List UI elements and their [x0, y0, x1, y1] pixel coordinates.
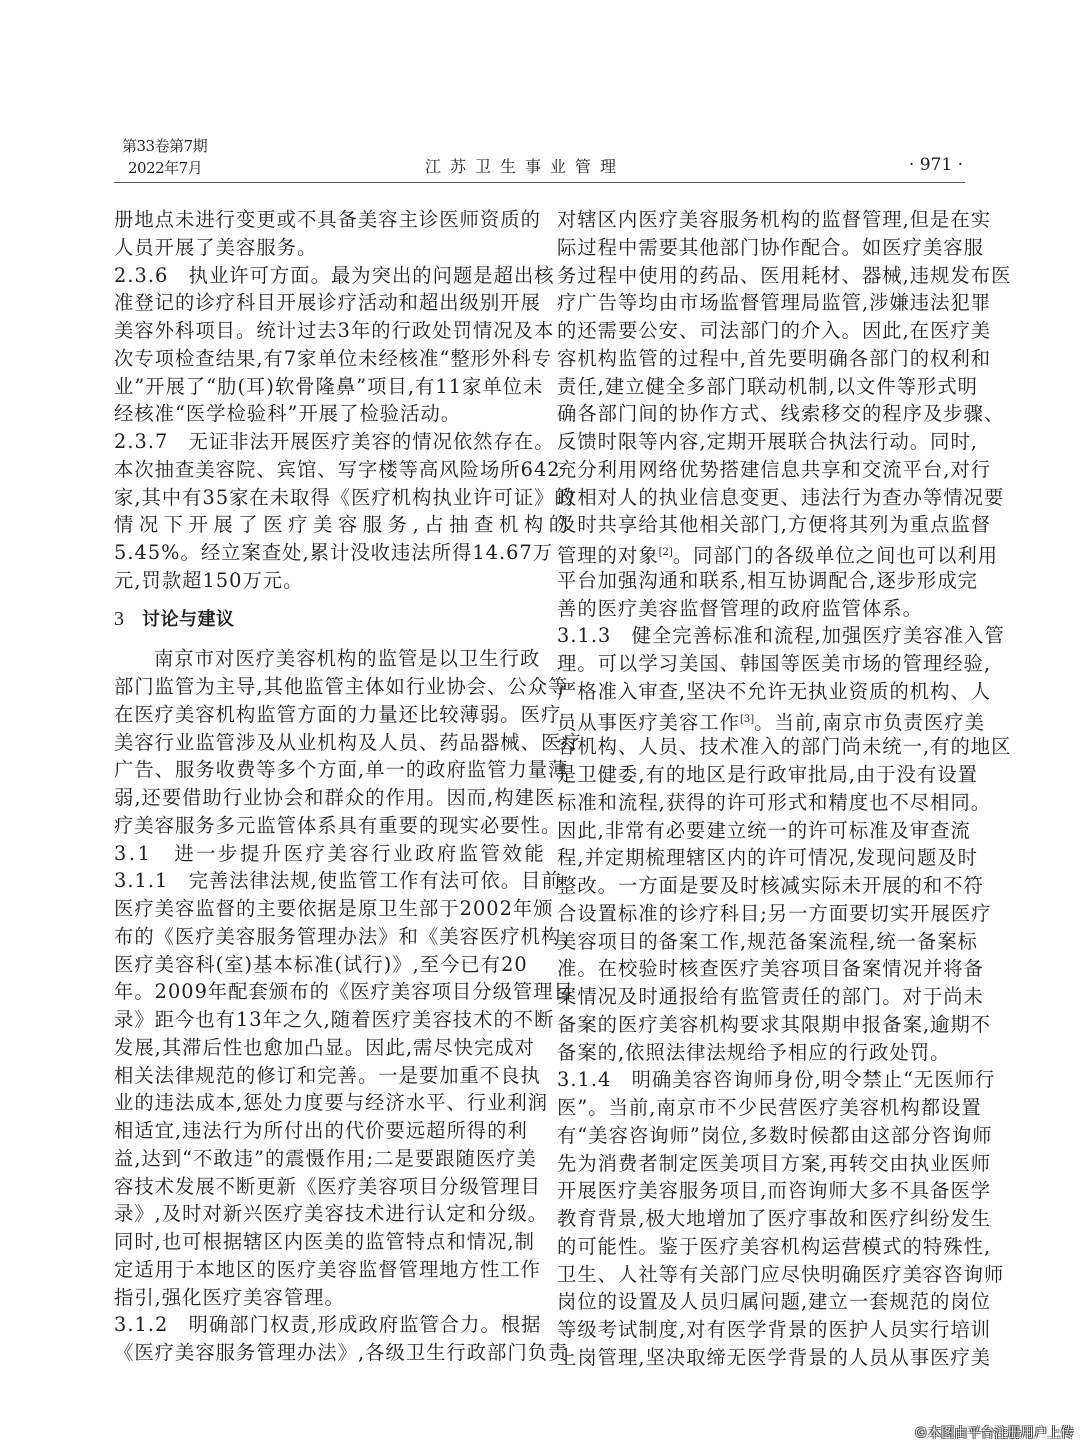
- text-line: 业”开展了“肋(耳)软骨隆鼻”项目,有11家单位未: [114, 373, 524, 401]
- text-line: 年。2009年配套颁布的《医疗美容项目分级管理目: [114, 978, 524, 1006]
- citation-marker: [2]: [659, 547, 673, 558]
- text-line: 人员开展了美容服务。: [114, 234, 524, 262]
- text-line: 准。在校验时核查医疗美容项目备案情况并将备: [557, 955, 967, 983]
- issue-date: 2022年7月: [128, 158, 202, 178]
- right-column: 对辖区内医疗美容服务机构的监督管理,但是在实 际过程中需要其他部门协作配合。如医…: [557, 206, 967, 1372]
- subsection-3-1-4: 3.1.4 明确美容咨询师身份,明令禁止“无医师行: [557, 1066, 967, 1094]
- text-line: 因此,非常有必要建立统一的许可标准及审查流: [557, 817, 967, 845]
- text-line: 务过程中使用的药品、医用耗材、器械,违规发布医: [557, 262, 967, 290]
- citation-marker: [3]: [740, 714, 754, 725]
- text-line: 政相对人的执业信息变更、违法行为查办等情况要: [557, 484, 967, 512]
- text-line: 指引,强化医疗美容管理。: [114, 1284, 524, 1312]
- text-line: 整改。一方面是要及时核减实际未开展的和不符: [557, 872, 967, 900]
- text-line: 反馈时限等内容,定期开展联合执法行动。同时,: [557, 428, 967, 456]
- text-line: 家,其中有35家在未取得《医疗机构执业许可证》的: [114, 484, 524, 512]
- text-line: 《医疗美容服务管理办法》,各级卫生行政部门负责: [114, 1339, 524, 1367]
- text-line: 录》距今也有13年之久,随着医疗美容技术的不断: [114, 1006, 524, 1034]
- text-line: 广告、服务收费等多个方面,单一的政府监管力量薄: [114, 756, 524, 784]
- text-line: 对辖区内医疗美容服务机构的监督管理,但是在实: [557, 206, 967, 234]
- text-line: 的可能性。鉴于医疗美容机构运营模式的特殊性,: [557, 1233, 967, 1261]
- text-line: 相关法律规范的修订和完善。一是要加重不良执: [114, 1062, 524, 1090]
- section-number: 3: [114, 608, 124, 630]
- text-line: 案情况及时通报给有监管责任的部门。对于尚未: [557, 983, 967, 1011]
- text-line: 部门监管为主导,其他监管主体如行业协会、公众等: [114, 673, 524, 701]
- text-line-with-citation-3: 员从事医疗美容工作[3]。当前,南京市负责医疗美: [557, 706, 967, 734]
- text-line: 疗广告等均由市场监督管理局监管,涉嫌违法犯罪: [557, 289, 967, 317]
- text-line: 岗位的设置及人员归属问题,建立一套规范的岗位: [557, 1288, 967, 1316]
- text-line: 等级考试制度,对有医学背景的医护人员实行培训: [557, 1316, 967, 1344]
- text-line: 美容行业监管涉及从业机构及人员、药品器械、医疗: [114, 729, 524, 757]
- text-line: 标准和流程,获得的许可形式和精度也不尽相同。: [557, 789, 967, 817]
- text-line: 责任,建立健全多部门联动机制,以文件等形式明: [557, 373, 967, 401]
- text-line: 弱,还要借助行业协会和群众的作用。因而,构建医: [114, 784, 524, 812]
- text-line: 5.45%。经立案查处,累计没收违法所得14.67万: [114, 539, 524, 567]
- text-line: 相适宜,违法行为所付出的代价要远超所得的利: [114, 1117, 524, 1145]
- text-line: 际过程中需要其他部门协作配合。如医疗美容服: [557, 234, 967, 262]
- journal-title: 江苏卫生事业管理: [425, 156, 625, 178]
- text-line: 容机构、人员、技术准入的部门尚未统一,有的地区: [557, 733, 967, 761]
- page-number: · 971 ·: [909, 154, 963, 176]
- subsection-3-1-2: 3.1.2 明确部门权责,形成政府监管合力。根据: [114, 1311, 524, 1339]
- section-title: 讨论与建议: [142, 609, 235, 630]
- text-line: 程,并定期梳理辖区内的许可情况,发现问题及时: [557, 844, 967, 872]
- text-line: 经核准“医学检验科”开展了检验活动。: [114, 400, 524, 428]
- text-line: 先为消费者制定医美项目方案,再转交由执业医师: [557, 1150, 967, 1178]
- text-line: 教育背景,极大地增加了医疗事故和医疗纠纷发生: [557, 1205, 967, 1233]
- text-line: 平台加强沟通和联系,相互协调配合,逐步形成完: [557, 567, 967, 595]
- text-line: 录》,及时对新兴医疗美容技术进行认定和分级。: [114, 1200, 524, 1228]
- subsection-2-3-6: 2.3.6 执业许可方面。最为突出的问题是超出核: [114, 262, 524, 290]
- text-line: 发展,其滞后性也愈加凸显。因此,需尽快完成对: [114, 1034, 524, 1062]
- text-line: 业的违法成本,惩处力度要与经济水平、行业利润: [114, 1089, 524, 1117]
- text-line: 严格准入审查,坚决不允许无执业资质的机构、人: [557, 678, 967, 706]
- text-line: 疗美容服务多元监管体系具有重要的现实必要性。: [114, 812, 524, 840]
- header-rule: [114, 182, 965, 183]
- text-line: 益,达到“不敢违”的震慑作用;二是要跟随医疗美: [114, 1145, 524, 1173]
- text-line: 及时共享给其他相关部门,方便将其列为重点监督: [557, 511, 967, 539]
- text-line: 布的《医疗美容服务管理办法》和《美容医疗机构、: [114, 923, 524, 951]
- text-line: 是卫健委,有的地区是行政审批局,由于没有设置: [557, 761, 967, 789]
- text-line: 合设置标准的诊疗科目;另一方面要切实开展医疗: [557, 900, 967, 928]
- text-line: 容机构监管的过程中,首先要明确各部门的权利和: [557, 345, 967, 373]
- text-line: 定适用于本地区的医疗美容监督管理地方性工作: [114, 1256, 524, 1284]
- text-line: 医疗美容科(室)基本标准(试行)》,至今已有20: [114, 951, 524, 979]
- text-line: 情况下开展了医疗美容服务,占抽查机构的: [114, 511, 524, 539]
- text-line: 卫生、人社等有关部门应尽快明确医疗美容咨询师: [557, 1261, 967, 1289]
- text-line: 美容外科项目。统计过去3年的行政处罚情况及本: [114, 317, 524, 345]
- text-line: 医”。当前,南京市不少民营医疗美容机构都设置: [557, 1094, 967, 1122]
- text-line: 善的医疗美容监督管理的政府监管体系。: [557, 595, 967, 623]
- section-heading: 3讨论与建议: [114, 606, 524, 634]
- text-line: 上岗管理,坚决取缔无医学背景的人员从事医疗美: [557, 1344, 967, 1372]
- text-line: 备案的医疗美容机构要求其限期申报备案,逾期不: [557, 1011, 967, 1039]
- paragraph-first-line: 南京市对医疗美容机构的监管是以卫生行政: [114, 645, 524, 673]
- text-line: 本次抽查美容院、宾馆、写字楼等高风险场所642: [114, 456, 524, 484]
- text-line: 的还需要公安、司法部门的介入。因此,在医疗美: [557, 317, 967, 345]
- text-line: 备案的,依照法律法规给予相应的行政处罚。: [557, 1039, 967, 1067]
- text-line: 理。可以学习美国、韩国等医美市场的管理经验,: [557, 650, 967, 678]
- text-line: 有“美容咨询师”岗位,多数时候都由这部分咨询师: [557, 1122, 967, 1150]
- text-line: 元,罚款超150万元。: [114, 567, 524, 595]
- subsection-3-1-3: 3.1.3 健全完善标准和流程,加强医疗美容准入管: [557, 622, 967, 650]
- text-line: 确各部门间的协作方式、线索移交的程序及步骤、: [557, 400, 967, 428]
- text-line: 医疗美容监督的主要依据是原卫生部于2002年颁: [114, 895, 524, 923]
- left-column: 册地点未进行变更或不具备美容主诊医师资质的 人员开展了美容服务。 2.3.6 执…: [114, 206, 524, 1367]
- text-line: 充分利用网络优势搭建信息共享和交流平台,对行: [557, 456, 967, 484]
- text-line: 容技术发展不断更新《医疗美容项目分级管理目: [114, 1173, 524, 1201]
- text-line: 美容项目的备案工作,规范备案流程,统一备案标: [557, 928, 967, 956]
- text-line: 次专项检查结果,有7家单位未经核准“整形外科专: [114, 345, 524, 373]
- text-line: 开展医疗美容服务项目,而咨询师大多不具备医学: [557, 1177, 967, 1205]
- text-line: 册地点未进行变更或不具备美容主诊医师资质的: [114, 206, 524, 234]
- text-line: 同时,也可根据辖区内医美的监管特点和情况,制: [114, 1228, 524, 1256]
- subsection-3-1-1: 3.1.1 完善法律法规,使监管工作有法可依。目前: [114, 867, 524, 895]
- text-line: 准登记的诊疗科目开展诊疗活动和超出级别开展: [114, 289, 524, 317]
- text-line: 在医疗美容机构监管方面的力量还比较薄弱。医疗: [114, 701, 524, 729]
- upload-watermark: ©本图由平台注册用户上传: [914, 1422, 1074, 1441]
- volume-issue: 第33卷第7期: [122, 136, 207, 156]
- subsection-3-1: 3.1 进一步提升医疗美容行业政府监管效能: [114, 840, 524, 868]
- text-line-with-citation-2: 管理的对象[2]。同部门的各级单位之间也可以利用: [557, 539, 967, 567]
- running-header: 第33卷第7期 2022年7月 江苏卫生事业管理 · 971 ·: [114, 132, 965, 184]
- subsection-2-3-7: 2.3.7 无证非法开展医疗美容的情况依然存在。: [114, 428, 524, 456]
